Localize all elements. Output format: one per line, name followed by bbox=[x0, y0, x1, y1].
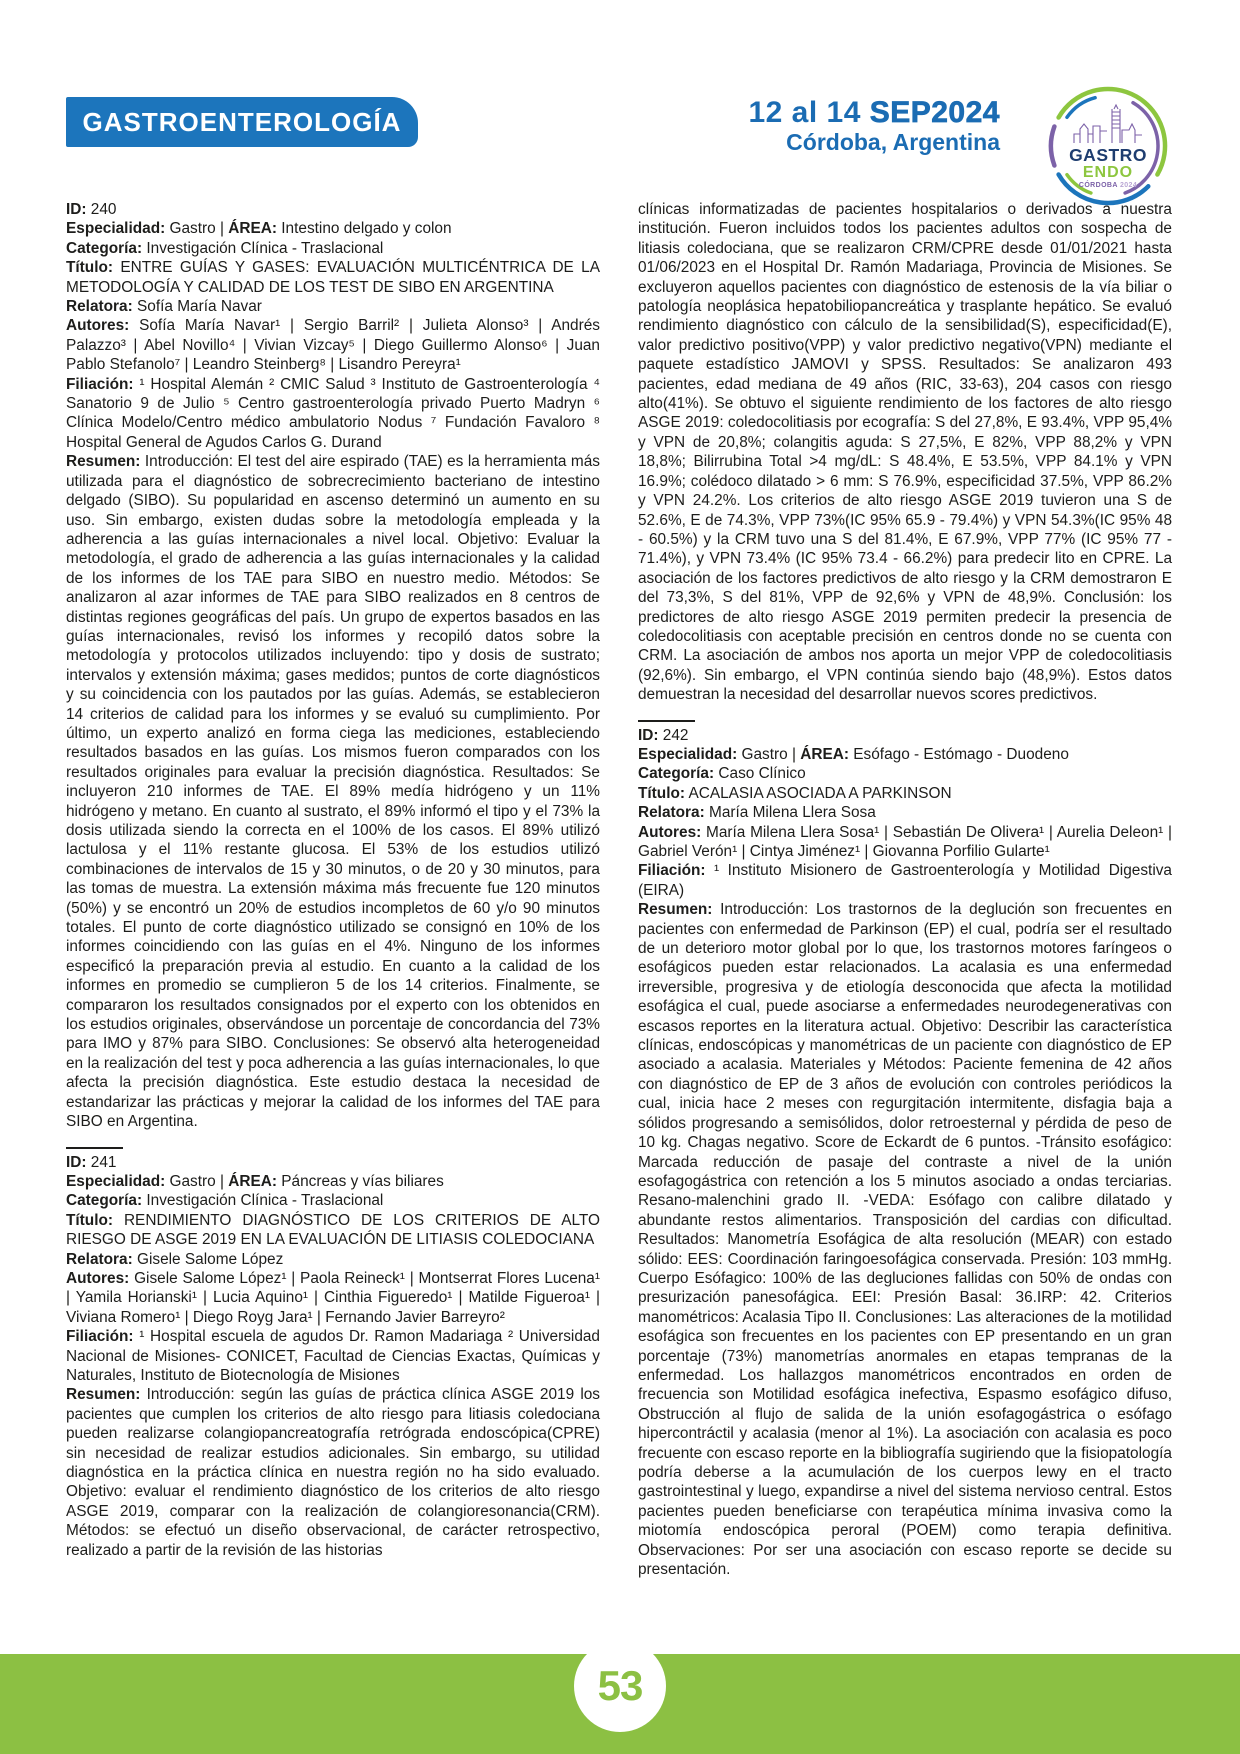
titulo: Título: ENTRE GUÍAS Y GASES: EVALUACIÓN … bbox=[66, 258, 600, 297]
resumen-part-2: clínicas informatizadas de pacientes hos… bbox=[638, 200, 1172, 705]
relatora-line: Relatora: Gisele Salome López bbox=[66, 1250, 600, 1269]
autores: Autores: Gisele Salome López¹ | Paola Re… bbox=[66, 1269, 600, 1327]
titulo: Título: RENDIMIENTO DIAGNÓSTICO DE LOS C… bbox=[66, 1211, 600, 1250]
page-number-badge: 53 bbox=[574, 1640, 666, 1732]
logo-word-cordoba: CÓRDOBA bbox=[1079, 180, 1120, 189]
page-number: 53 bbox=[598, 1662, 643, 1710]
section-banner: GASTROENTEROLOGÍA bbox=[66, 97, 418, 147]
categoria-line: Categoría: Caso Clínico bbox=[638, 764, 1172, 783]
id-line: ID: 240 bbox=[66, 200, 600, 219]
abstract-separator bbox=[638, 720, 695, 722]
categoria-line: Categoría: Investigación Clínica - Trasl… bbox=[66, 239, 600, 258]
event-location: Córdoba, Argentina bbox=[748, 129, 1000, 155]
resumen: Resumen: Introducción: El test del aire … bbox=[66, 452, 600, 1131]
section-title: GASTROENTEROLOGÍA bbox=[83, 107, 402, 138]
abstract-241-continued: clínicas informatizadas de pacientes hos… bbox=[638, 200, 1172, 705]
gastroendo-logo: GASTRO ENDO CÓRDOBA 2024 bbox=[1046, 84, 1170, 208]
categoria-line: Categoría: Investigación Clínica - Trasl… bbox=[66, 1191, 600, 1210]
column-left: ID: 240Especialidad: Gastro | ÁREA: Inte… bbox=[66, 200, 600, 1579]
resumen: Resumen: Introducción: Los trastornos de… bbox=[638, 900, 1172, 1579]
filiacion: Filiación: ¹ Instituto Misionero de Gast… bbox=[638, 861, 1172, 900]
abstract-separator bbox=[66, 1147, 123, 1149]
especialidad-line: Especialidad: Gastro | ÁREA: Páncreas y … bbox=[66, 1172, 600, 1191]
abstract-240: ID: 240Especialidad: Gastro | ÁREA: Inte… bbox=[66, 200, 600, 1132]
gastroendo-logo-svg: GASTRO ENDO CÓRDOBA 2024 bbox=[1046, 84, 1170, 208]
event-dates: 12 al 14 SEP2024 bbox=[748, 96, 1000, 129]
especialidad-line: Especialidad: Gastro | ÁREA: Intestino d… bbox=[66, 219, 600, 238]
logo-word-2024: 2024 bbox=[1120, 182, 1137, 189]
cordoba-skyline-icon bbox=[1074, 105, 1142, 143]
especialidad-line: Especialidad: Gastro | ÁREA: Esófago - E… bbox=[638, 745, 1172, 764]
event-info: 12 al 14 SEP2024 Córdoba, Argentina bbox=[748, 96, 1000, 155]
titulo: Título: ACALASIA ASOCIADA A PARKINSON bbox=[638, 784, 1172, 803]
id-line: ID: 241 bbox=[66, 1153, 600, 1172]
resumen-part-1: Resumen: Introducción: según las guías d… bbox=[66, 1385, 600, 1560]
abstract-241: ID: 241Especialidad: Gastro | ÁREA: Pánc… bbox=[66, 1153, 600, 1561]
autores: Autores: María Milena Llera Sosa¹ | Seba… bbox=[638, 823, 1172, 862]
logo-word-cordoba2024: CÓRDOBA 2024 bbox=[1079, 180, 1137, 189]
autores: Autores: Sofía María Navar¹ | Sergio Bar… bbox=[66, 316, 600, 374]
abstract-book-page: GASTROENTEROLOGÍA 12 al 14 SEP2024 Córdo… bbox=[0, 0, 1240, 1754]
id-line: ID: 242 bbox=[638, 726, 1172, 745]
filiacion: Filiación: ¹ Hospital escuela de agudos … bbox=[66, 1327, 600, 1385]
event-dates-days: 12 al 14 bbox=[748, 96, 869, 129]
event-dates-month: SEP2024 bbox=[870, 96, 1000, 129]
column-right: clínicas informatizadas de pacientes hos… bbox=[638, 200, 1172, 1579]
logo-word-endo: ENDO bbox=[1083, 164, 1133, 181]
abstracts-content: ID: 240Especialidad: Gastro | ÁREA: Inte… bbox=[66, 200, 1172, 1579]
abstract-242: ID: 242Especialidad: Gastro | ÁREA: Esóf… bbox=[638, 726, 1172, 1580]
relatora-line: Relatora: María Milena Llera Sosa bbox=[638, 803, 1172, 822]
relatora-line: Relatora: Sofía María Navar bbox=[66, 297, 600, 316]
logo-ring-purple-icon bbox=[1051, 127, 1054, 166]
filiacion: Filiación: ¹ Hospital Alemán ² CMIC Salu… bbox=[66, 375, 600, 453]
logo-word-gastro: GASTRO bbox=[1069, 145, 1147, 165]
